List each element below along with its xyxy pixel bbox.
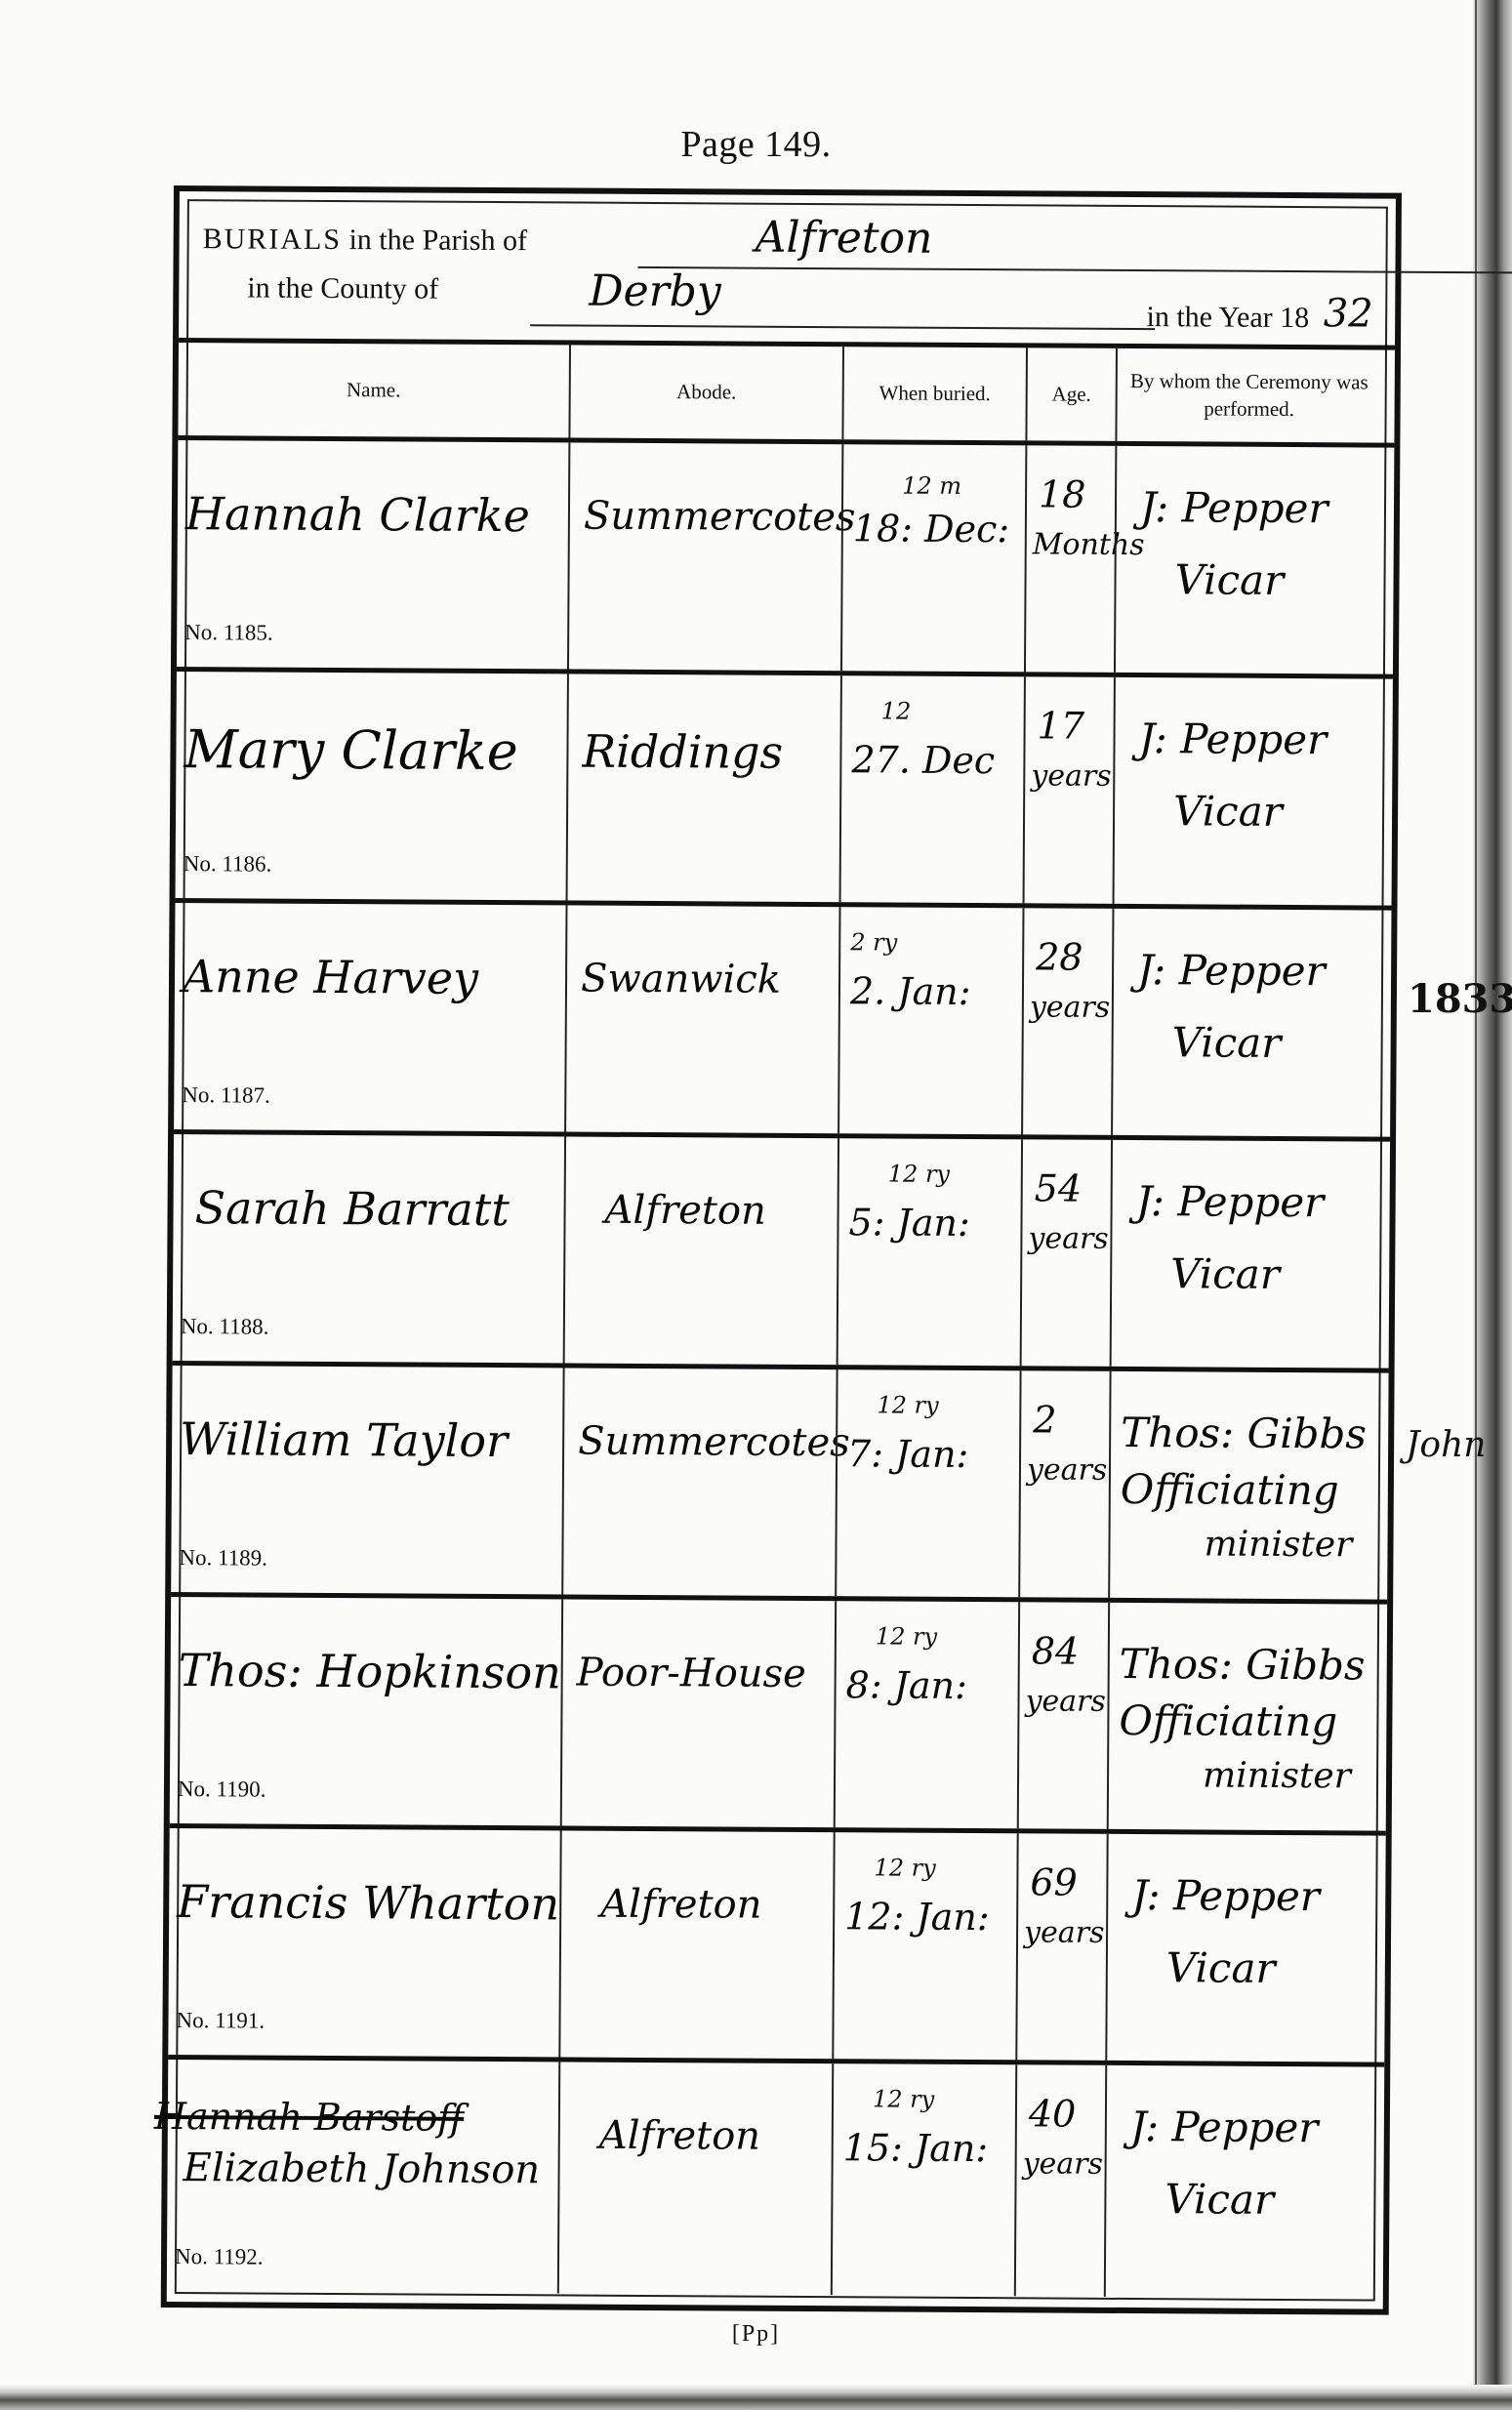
entry-age-unit: years (1024, 1915, 1105, 1950)
entry-date-superscript: 12 ry (873, 2085, 934, 2112)
by-whom-cell: Thos: Gibbs Officiating minister (1110, 1371, 1374, 1600)
entry-name: Anne Harvey (183, 950, 478, 1004)
name-cell: Francis Wharton No. 1191. (168, 1828, 559, 2057)
entry-date-superscript: 12 ry (877, 1391, 938, 1418)
abode-cell: Summercotes (563, 1368, 836, 1596)
entry-abode: Alfreton (599, 2113, 760, 2159)
heading-parish-line: BURIALS in the Parish of (203, 223, 528, 258)
table-row: Hannah Clarke No. 1185. Summercotes 12 m… (177, 440, 1394, 679)
name-cell: Anne Harvey No. 1187. (174, 903, 565, 1131)
entry-date: 8: Jan: (845, 1663, 967, 1707)
when-buried-cell: 12 ry 8: Jan: (836, 1601, 1018, 1828)
margin-note-john: John (1406, 1425, 1486, 1465)
entry-age-number: 28 (1036, 935, 1083, 978)
by-whom-cell: J: Pepper Vicar (1112, 1140, 1376, 1368)
officiant-title: Vicar (1165, 2175, 1274, 2224)
officiant-name: J: Pepper (1138, 715, 1327, 763)
entry-age-number: 84 (1032, 1629, 1080, 1672)
by-whom-cell: Thos: Gibbs Officiating minister (1109, 1603, 1373, 1831)
table-row: Francis Wharton No. 1191. Alfreton 12 ry… (168, 1828, 1385, 2067)
heading-county-text: in the County of (247, 271, 438, 306)
officiant-name: J: Pepper (1137, 946, 1326, 995)
age-cell: 17 years (1025, 676, 1114, 904)
officiant-name: J: Pepper (1131, 1871, 1320, 1920)
entry-age-number: 18 (1039, 472, 1086, 515)
heading-parish-text: in the Parish of (348, 224, 527, 257)
entry-abode: Alfreton (600, 1882, 761, 1928)
officiant-title: Vicar (1173, 787, 1283, 836)
column-header-abode: Abode. (570, 345, 842, 439)
entry-date: 5: Jan: (848, 1201, 970, 1245)
entry-name: Elizabeth Johnson (183, 2145, 540, 2192)
officiant-name: J: Pepper (1130, 2103, 1319, 2151)
heading-year-text: in the Year 18 (1146, 301, 1309, 334)
entry-age-unit: years (1028, 1221, 1109, 1256)
entry-date: 18: Dec: (853, 507, 1010, 551)
entry-abode: Summercotes (584, 494, 856, 541)
officiant-name: J: Pepper (1136, 1177, 1325, 1226)
entry-name: Francis Wharton (177, 1875, 559, 1930)
abode-cell: Summercotes (569, 442, 841, 671)
name-cell: Hannah Clarke No. 1185. (177, 440, 568, 669)
when-buried-cell: 12 ry 12: Jan: (834, 1832, 1016, 2060)
column-header-when-buried: When buried. (843, 347, 1026, 440)
when-buried-cell: 12 ry 7: Jan: (837, 1369, 1019, 1597)
column-header-age: Age. (1027, 347, 1116, 441)
officiant-title: Vicar (1172, 1018, 1282, 1067)
page-title: Page 149. (0, 123, 1512, 166)
entry-age-unit: years (1027, 1452, 1108, 1488)
register-heading: BURIALS in the Parish of Alfreton in the… (179, 191, 1396, 350)
entry-abode: Poor-House (577, 1651, 806, 1696)
abode-cell: Alfreton (559, 2062, 832, 2295)
county-field: Derby (530, 269, 1155, 330)
name-cell: Mary Clarke No. 1186. (176, 672, 567, 900)
entry-name: William Taylor (180, 1412, 508, 1467)
abode-cell: Swanwick (566, 905, 838, 1133)
entry-number: No. 1189. (179, 1545, 267, 1572)
abode-cell: Poor-House (562, 1599, 835, 1827)
page-edge-line (1475, 0, 1477, 2410)
entry-age-number: 54 (1035, 1166, 1083, 1209)
entry-date: 2. Jan: (850, 969, 971, 1013)
entry-number: No. 1192. (175, 2244, 264, 2270)
entry-age-unit: years (1030, 990, 1111, 1025)
signature-mark: [Pp] (0, 2321, 1512, 2348)
entry-abode: Alfreton (604, 1188, 765, 1234)
when-buried-cell: 12 ry 15: Jan: (833, 2063, 1015, 2296)
officiant-title-line2: minister (1203, 1755, 1351, 1796)
entry-number: No. 1185. (184, 620, 273, 646)
entry-number: No. 1186. (184, 851, 272, 878)
table-row: Thos: Hopkinson No. 1190. Poor-House 12 … (170, 1597, 1387, 1836)
entry-date-superscript: 12 (881, 697, 912, 724)
entry-age-number: 2 (1033, 1398, 1056, 1441)
by-whom-cell: J: Pepper Vicar (1113, 909, 1377, 1137)
entry-age-number: 17 (1038, 704, 1085, 747)
entry-name: Thos: Hopkinson (179, 1644, 561, 1698)
officiant-title-line2: minister (1204, 1524, 1352, 1565)
column-headers: Name. Abode. When buried. Age. By whom t… (178, 343, 1395, 448)
parish-field: Alfreton (637, 216, 1512, 273)
by-whom-cell: J: Pepper Vicar (1115, 677, 1379, 906)
entry-abode: Riddings (582, 725, 783, 779)
entry-date: 15: Jan: (843, 2126, 989, 2170)
abode-cell: Alfreton (560, 1830, 833, 2059)
age-cell: 69 years (1017, 1833, 1106, 2061)
burial-register-table: BURIALS in the Parish of Alfreton in the… (161, 185, 1402, 2315)
table-row: Hannah Barstoff Elizabeth Johnson No. 11… (167, 2060, 1384, 2299)
entry-rows: Hannah Clarke No. 1185. Summercotes 12 m… (167, 440, 1395, 2309)
entry-date-superscript: 12 ry (888, 1160, 950, 1187)
age-cell: 28 years (1023, 908, 1112, 1135)
by-whom-cell: J: Pepper Vicar (1116, 446, 1380, 674)
officiant-name: J: Pepper (1140, 483, 1328, 532)
page-bottom-edge (0, 2385, 1512, 2410)
age-cell: 84 years (1019, 1602, 1108, 1829)
entry-date: 7: Jan: (847, 1432, 969, 1476)
when-buried-cell: 2 ry 2. Jan: (839, 907, 1022, 1134)
column-header-by-whom: By whom the Ceremony was performed. (1117, 348, 1381, 443)
entry-date: 12: Jan: (844, 1895, 990, 1939)
abode-cell: Alfreton (565, 1136, 838, 1365)
abode-cell: Riddings (568, 674, 840, 902)
entry-name: Mary Clarke (184, 718, 518, 782)
age-cell: 54 years (1022, 1139, 1111, 1367)
entry-number: No. 1188. (181, 1314, 269, 1340)
officiant-name: Thos: Gibbs (1121, 1409, 1367, 1458)
by-whom-cell: J: Pepper Vicar (1106, 2065, 1370, 2299)
column-header-name: Name. (178, 343, 569, 437)
table-row: William Taylor No. 1189. Summercotes 12 … (171, 1366, 1388, 1605)
age-cell: 18 Months (1026, 445, 1115, 673)
name-cell: Sarah Barratt No. 1188. (173, 1134, 564, 1363)
name-cell: Thos: Hopkinson No. 1190. (170, 1597, 561, 1825)
when-buried-cell: 12 27. Dec (841, 675, 1024, 903)
entry-date-superscript: 12 ry (874, 1854, 935, 1881)
entry-age-number: 69 (1030, 1860, 1078, 1903)
margin-note-year: 1833 (1408, 976, 1512, 1022)
officiant-title: Vicar (1170, 1249, 1280, 1298)
entry-name-struck-out: Hannah Barstoff (154, 2095, 465, 2140)
entry-date-superscript: 2 ry (850, 928, 897, 956)
entry-abode: Swanwick (581, 957, 781, 1002)
table-row: Mary Clarke No. 1186. Riddings 12 27. De… (176, 672, 1393, 911)
age-cell: 40 years (1016, 2064, 1105, 2297)
entry-age-number: 40 (1029, 2092, 1077, 2135)
entry-name: Hannah Clarke (185, 487, 530, 542)
entry-date: 27. Dec (851, 738, 995, 782)
entry-number: No. 1187. (182, 1082, 270, 1109)
by-whom-cell: J: Pepper Vicar (1107, 1834, 1371, 2063)
name-cell: Hannah Barstoff Elizabeth Johnson No. 11… (167, 2060, 558, 2293)
age-cell: 2 years (1020, 1370, 1109, 1598)
officiant-title: Officiating (1119, 1696, 1337, 1745)
entry-number: No. 1191. (176, 2008, 265, 2034)
year-field: 32 (1321, 294, 1375, 333)
officiant-title: Vicar (1166, 1943, 1276, 1992)
heading-burials: BURIALS (203, 223, 343, 256)
officiant-name: Thos: Gibbs (1120, 1640, 1366, 1690)
when-buried-cell: 12 m 18: Dec: (842, 444, 1025, 672)
officiant-title: Officiating (1121, 1465, 1339, 1514)
entry-name: Sarah Barratt (194, 1181, 510, 1236)
table-row: Sarah Barratt No. 1188. Alfreton 12 ry 5… (173, 1134, 1390, 1373)
book-spine-shadow (1473, 0, 1512, 2410)
entry-age-unit: years (1025, 1684, 1106, 1719)
name-cell: William Taylor No. 1189. (171, 1366, 562, 1594)
entry-date-superscript: 12 m (902, 472, 961, 500)
officiant-title: Vicar (1174, 555, 1284, 604)
table-row: Anne Harvey No. 1187. Swanwick 2 ry 2. J… (174, 903, 1391, 1142)
entry-age-unit: years (1031, 758, 1112, 794)
entry-abode: Summercotes (578, 1419, 850, 1466)
when-buried-cell: 12 ry 5: Jan: (838, 1138, 1021, 1366)
entry-age-unit: years (1023, 2146, 1104, 2182)
entry-date-superscript: 12 ry (876, 1622, 937, 1650)
entry-number: No. 1190. (178, 1777, 266, 1803)
